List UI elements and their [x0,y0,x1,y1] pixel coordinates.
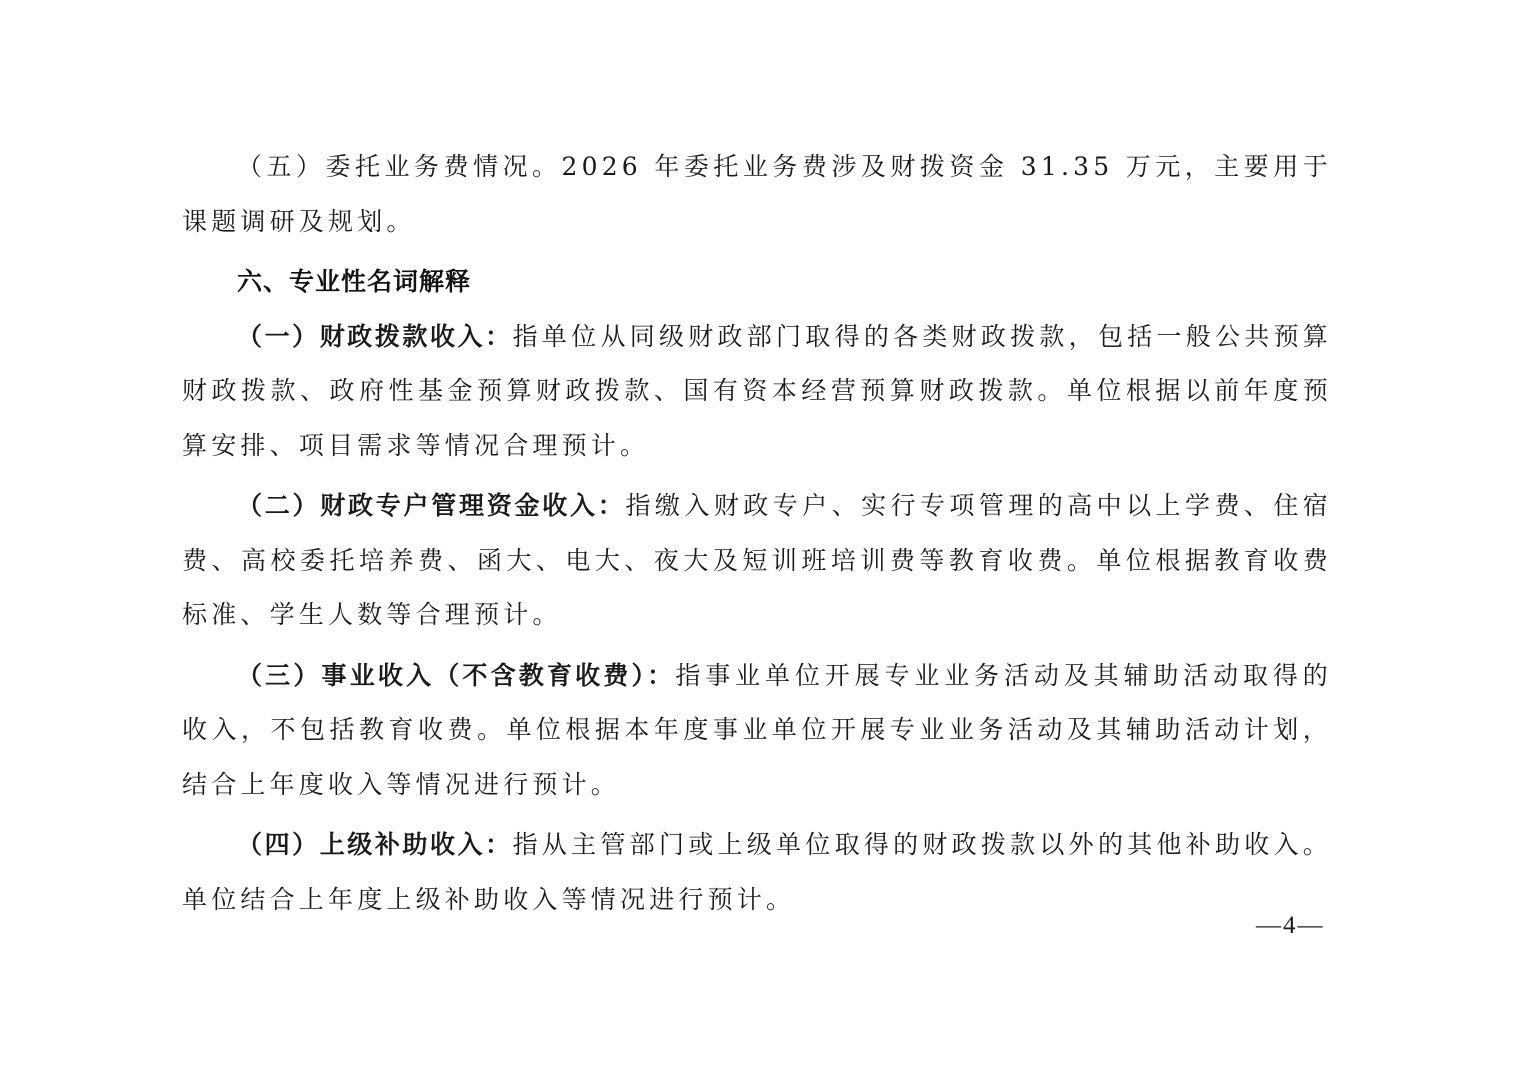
paragraph-lead: （五）委托业务费情况。 [237,152,561,181]
paragraph-entrusted-business-fees: （五）委托业务费情况。2026 年委托业务费涉及财拨资金 31.35 万元，主要… [182,140,1332,249]
term-business-income: （三）事业收入（不含教育收费）：指事业单位开展专业业务活动及其辅助活动取得的收入… [182,649,1332,813]
term-title: （二）财政专户管理资金收入： [237,491,625,520]
term-superior-subsidy-income: （四）上级补助收入：指从主管部门或上级单位取得的财政拨款以外的其他补助收入。单位… [182,818,1332,927]
term-fiscal-appropriation-income: （一）财政拨款收入：指单位从同级财政部门取得的各类财政拨款，包括一般公共预算财政… [182,310,1332,474]
term-title: （一）财政拨款收入： [237,322,513,351]
term-special-account-fund-income: （二）财政专户管理资金收入：指缴入财政专户、实行专项管理的高中以上学费、住宿费、… [182,479,1332,643]
term-title: （三）事业收入（不含教育收费）： [237,661,675,690]
document-page: （五）委托业务费情况。2026 年委托业务费涉及财拨资金 31.35 万元，主要… [182,140,1332,927]
section-heading-terminology: 六、专业性名词解释 [182,255,1332,310]
page-number: —4— [1256,912,1325,940]
term-title: （四）上级补助收入： [237,830,513,859]
